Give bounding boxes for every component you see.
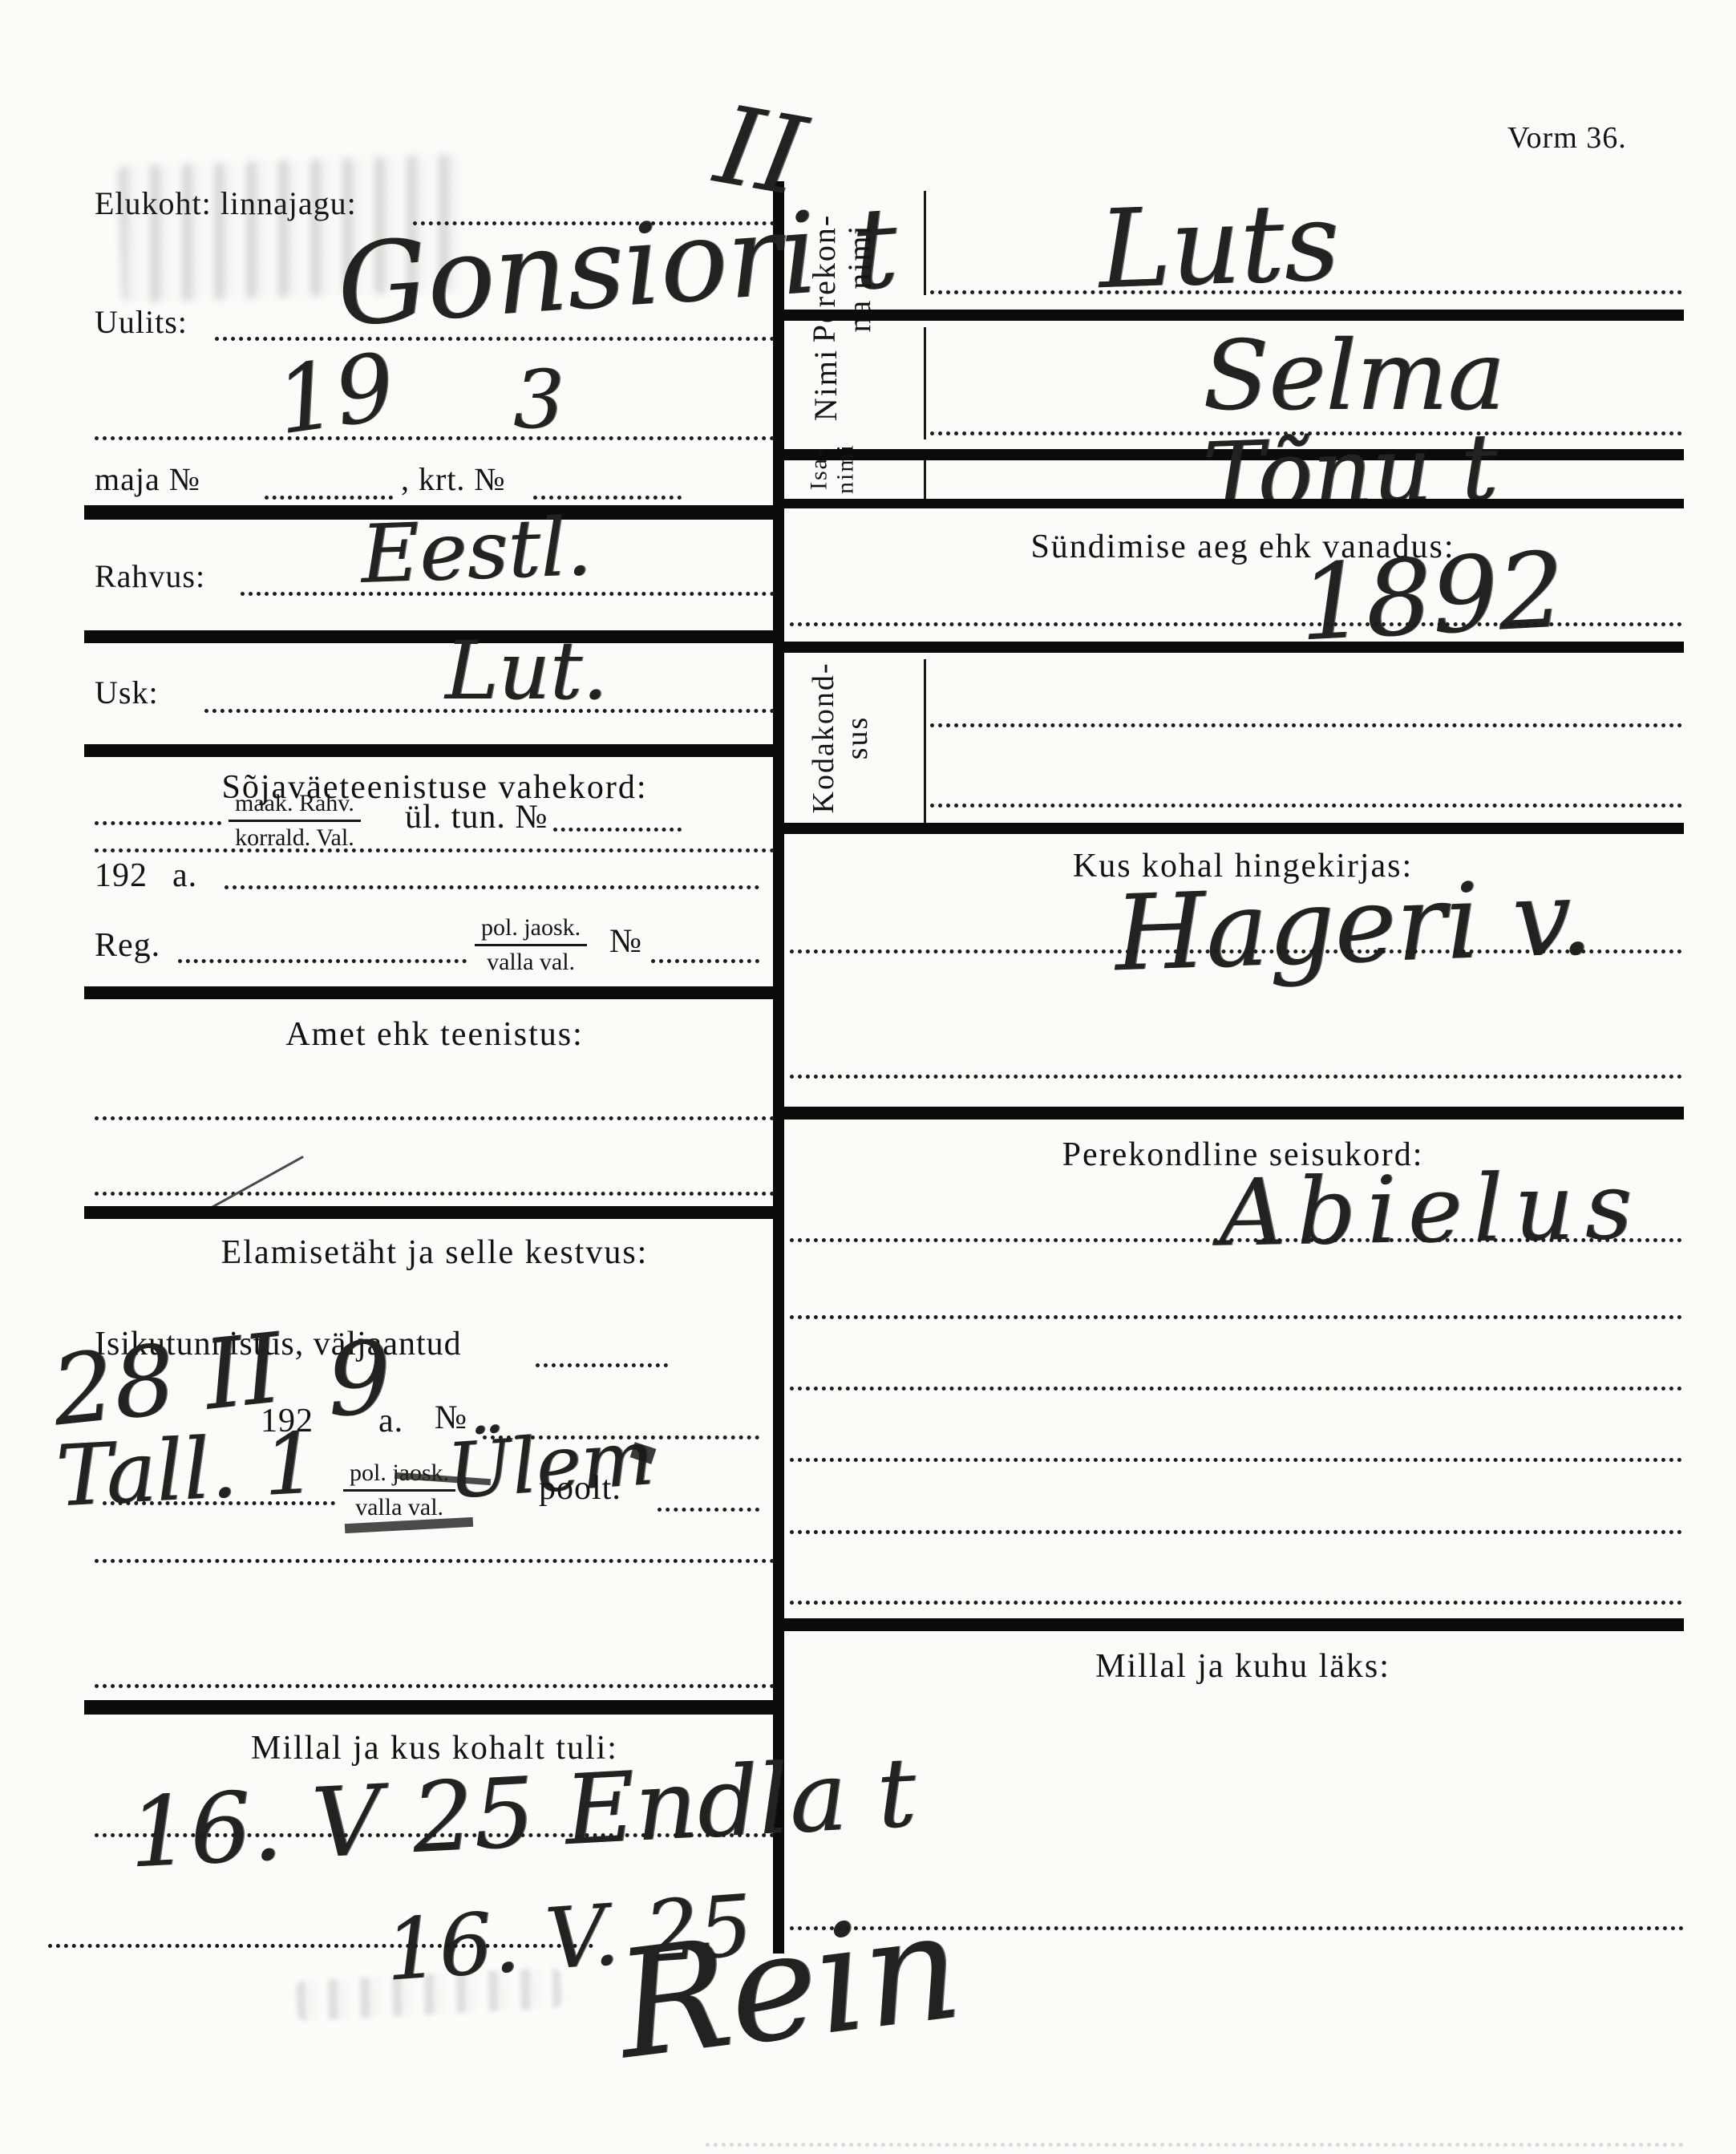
- departure-heading: Millal ja kuhu läks:: [882, 1647, 1604, 1686]
- apartment-dotted-line: [533, 496, 682, 500]
- registry-dotted-line-2: [790, 1075, 1682, 1079]
- birth-dotted-line: [790, 622, 1682, 626]
- section-rule: [784, 1107, 1684, 1120]
- surname-dotted-line: [930, 290, 1682, 294]
- issuer-fraction-bottom: valla val.: [343, 1492, 455, 1521]
- issuer-value: Tall. 1: [54, 1415, 319, 1526]
- citizenship-label-line2: sus: [841, 659, 875, 816]
- blank-dotted-line-1: [790, 1315, 1682, 1319]
- citizenship-label-line1: Kodakond-: [807, 659, 841, 816]
- cert-fraction-bottom: korrald. Val.: [229, 822, 361, 852]
- cert-authority-fraction: maak. Rahv. korrald. Val.: [229, 790, 361, 851]
- surname-label-line2: na nimi: [842, 146, 877, 411]
- reg-number-label: №: [609, 922, 642, 961]
- house-label: maja №: [95, 460, 200, 498]
- citizenship-dotted-line-1: [930, 723, 1682, 727]
- reg-fraction-bottom: valla val.: [475, 946, 587, 976]
- marital-dotted-line: [790, 1238, 1682, 1242]
- section-rule: [784, 1618, 1684, 1631]
- reg-authority-fraction: pol. jaosk. valla val.: [475, 914, 587, 975]
- issuer-suffix-label: poolt.: [539, 1469, 621, 1508]
- religion-dotted-line: [204, 709, 775, 713]
- reg-number-dotted: [651, 959, 759, 963]
- year-dotted-line: [225, 885, 759, 889]
- bottom-dotted-line: [48, 1944, 593, 1948]
- address-dotted-line: [95, 436, 775, 440]
- id-dotted-line: [536, 1363, 668, 1367]
- patronymic-vertical-label: Isa- nimi: [794, 437, 870, 501]
- residence-permit-heading: Elamisetäht ja selle kestvus:: [95, 1233, 775, 1272]
- issuer-authority-fraction: pol. jaosk. valla val.: [343, 1460, 455, 1520]
- section-rule: [784, 310, 1684, 321]
- cert-number-label: ül. tun. №: [405, 798, 548, 836]
- label-separator-line: [924, 191, 926, 295]
- religion-label: Usk:: [95, 674, 159, 711]
- permit-dotted-line-2: [95, 1684, 775, 1688]
- house-dotted-line: [265, 496, 393, 500]
- nationality-value: Eestl.: [359, 500, 593, 601]
- section-rule: [784, 823, 1684, 834]
- apartment-label: , krt. №: [401, 460, 506, 498]
- blank-dotted-line-5: [790, 1601, 1682, 1605]
- registry-dotted-line-1: [790, 949, 1682, 954]
- id-year-suffix: a.: [378, 1402, 403, 1440]
- cert-leading-dotted: [95, 821, 221, 825]
- arrival-dotted-line: [95, 1833, 775, 1837]
- occupation-heading: Amet ehk teenistus:: [95, 1015, 775, 1054]
- permit-dotted-line-1: [95, 1559, 775, 1563]
- departure-dotted-line: [790, 1926, 1684, 1930]
- pencil-smudge: [296, 1967, 562, 2021]
- scan-edge-artifact: [706, 2143, 1684, 2147]
- cert-fraction-top: maak. Rahv.: [229, 790, 361, 822]
- reg-dotted-line: [178, 959, 467, 963]
- patronymic-label-line1: Isa-: [805, 437, 832, 501]
- blank-dotted-line-4: [790, 1530, 1682, 1534]
- reg-fraction-top: pol. jaosk.: [475, 914, 587, 946]
- military-dotted-line: [95, 848, 775, 852]
- issuer-dotted-line: [103, 1501, 335, 1505]
- religion-value: Lut.: [445, 624, 608, 718]
- section-rule: [784, 499, 1684, 508]
- pen-stroke: [210, 1156, 304, 1209]
- cert-number-dotted: [553, 828, 682, 832]
- citizenship-dotted-line-2: [930, 804, 1682, 808]
- firstname-vertical-label: Nimi: [806, 325, 846, 445]
- blank-dotted-line-3: [790, 1458, 1682, 1462]
- firstname-label: Nimi: [808, 325, 844, 445]
- marital-value: Abielus: [1218, 1152, 1645, 1267]
- apartment-value: 3: [513, 353, 565, 447]
- label-separator-line: [924, 327, 926, 439]
- section-rule: [84, 630, 782, 643]
- form-number: Vorm 36.: [1507, 120, 1627, 156]
- label-separator-line: [924, 659, 926, 826]
- street-label: Uulits:: [95, 303, 188, 341]
- citizenship-vertical-label: Kodakond- sus: [792, 659, 890, 816]
- year-prefix: 192: [95, 856, 148, 895]
- year-suffix: a.: [172, 856, 197, 895]
- occupation-dotted-line-2: [95, 1192, 775, 1196]
- section-rule: [84, 1700, 783, 1715]
- section-rule: [84, 1206, 782, 1219]
- column-divider: [773, 181, 784, 1954]
- registry-value: Hageri v.: [1113, 856, 1594, 995]
- nationality-dotted-line: [241, 592, 775, 596]
- house-value: 19: [269, 333, 401, 455]
- scanned-form-page: { "page": { "form_number": "Vorm 36." },…: [0, 0, 1736, 2154]
- patronymic-value: Tõnu t: [1201, 414, 1499, 532]
- nationality-label: Rahvus:: [95, 557, 205, 595]
- section-rule: [84, 986, 782, 999]
- reg-label: Reg.: [95, 926, 160, 965]
- section-rule: [84, 744, 782, 757]
- patronymic-label-line2: nimi: [832, 437, 858, 501]
- blank-dotted-line-2: [790, 1387, 1682, 1391]
- issuer-suffix-dotted: [658, 1508, 759, 1512]
- section-rule: [784, 642, 1684, 653]
- label-separator-line: [924, 460, 926, 500]
- occupation-dotted-line-1: [95, 1116, 775, 1120]
